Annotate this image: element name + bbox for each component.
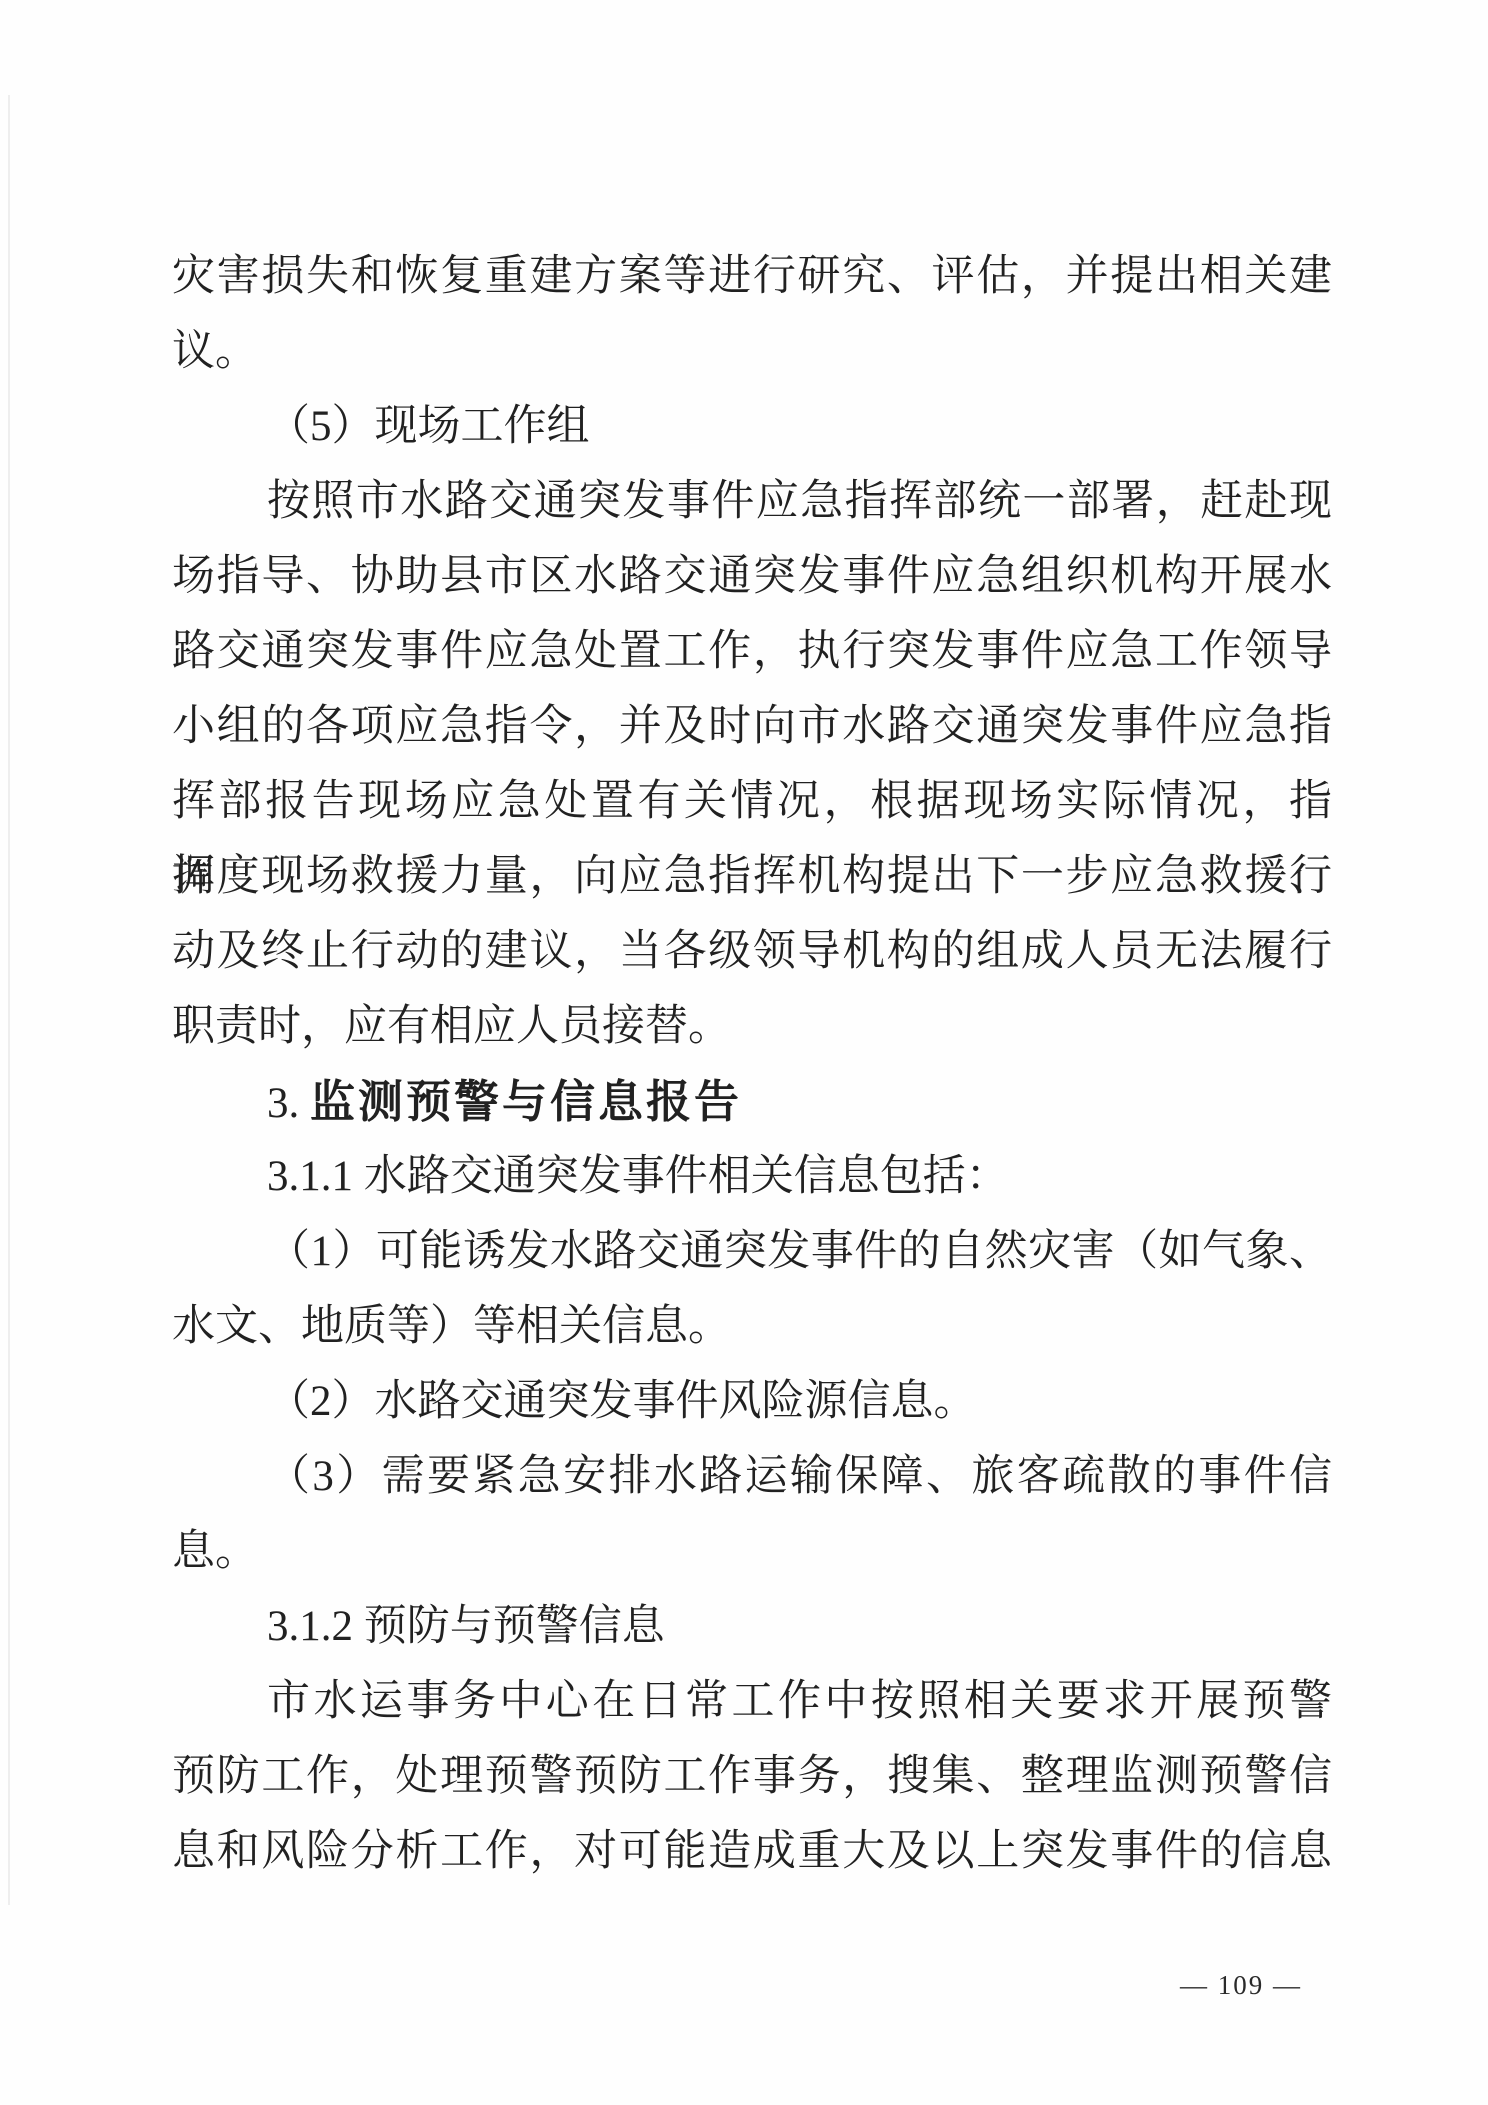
text-line-9: 调度现场救援力量，向应急指挥机构提出下一步应急救援行: [172, 839, 1332, 914]
page-number: — 109 —: [1180, 1968, 1302, 2002]
section-heading-number: 3.: [267, 1080, 310, 1127]
text-line-19: 3.1.2 预防与预警信息: [172, 1589, 1332, 1664]
text-line-6: 路交通突发事件应急处置工作，执行突发事件应急工作领导: [172, 614, 1332, 689]
text-line-3: （5）现场工作组: [172, 389, 1332, 464]
text-line-8: 挥部报告现场应急处置有关情况，根据现场实际情况，指挥、: [172, 764, 1332, 839]
text-line-10: 动及终止行动的建议，当各级领导机构的组成人员无法履行: [172, 914, 1332, 989]
text-line-18: 息。: [172, 1514, 1332, 1589]
section-heading-text: 监测预警与信息报告: [310, 1076, 742, 1127]
text-line-12: 3. 监测预警与信息报告: [172, 1064, 1332, 1139]
text-line-1: 灾害损失和恢复重建方案等进行研究、评估，并提出相关建: [172, 239, 1332, 314]
text-line-5: 场指导、协助县市区水路交通突发事件应急组织机构开展水: [172, 539, 1332, 614]
text-line-20: 市水运事务中心在日常工作中按照相关要求开展预警: [172, 1664, 1332, 1739]
text-line-22: 息和风险分析工作，对可能造成重大及以上突发事件的信息: [172, 1814, 1332, 1889]
text-line-7: 小组的各项应急指令，并及时向市水路交通突发事件应急指: [172, 689, 1332, 764]
text-line-14: （1）可能诱发水路交通突发事件的自然灾害（如气象、: [172, 1214, 1332, 1289]
text-line-13: 3.1.1 水路交通突发事件相关信息包括：: [172, 1139, 1332, 1214]
scan-artifact-line: [8, 95, 10, 1905]
text-line-11: 职责时，应有相应人员接替。: [172, 989, 1332, 1064]
text-line-21: 预防工作，处理预警预防工作事务，搜集、整理监测预警信: [172, 1739, 1332, 1814]
text-line-17: （3）需要紧急安排水路运输保障、旅客疏散的事件信: [172, 1439, 1332, 1514]
text-block: 灾害损失和恢复重建方案等进行研究、评估，并提出相关建议。（5）现场工作组按照市水…: [172, 239, 1332, 1889]
text-line-15: 水文、地质等）等相关信息。: [172, 1289, 1332, 1364]
text-line-2: 议。: [172, 314, 1332, 389]
document-page: 灾害损失和恢复重建方案等进行研究、评估，并提出相关建议。（5）现场工作组按照市水…: [0, 0, 1488, 2105]
text-line-4: 按照市水路交通突发事件应急指挥部统一部署，赶赴现: [172, 464, 1332, 539]
text-line-16: （2）水路交通突发事件风险源信息。: [172, 1364, 1332, 1439]
